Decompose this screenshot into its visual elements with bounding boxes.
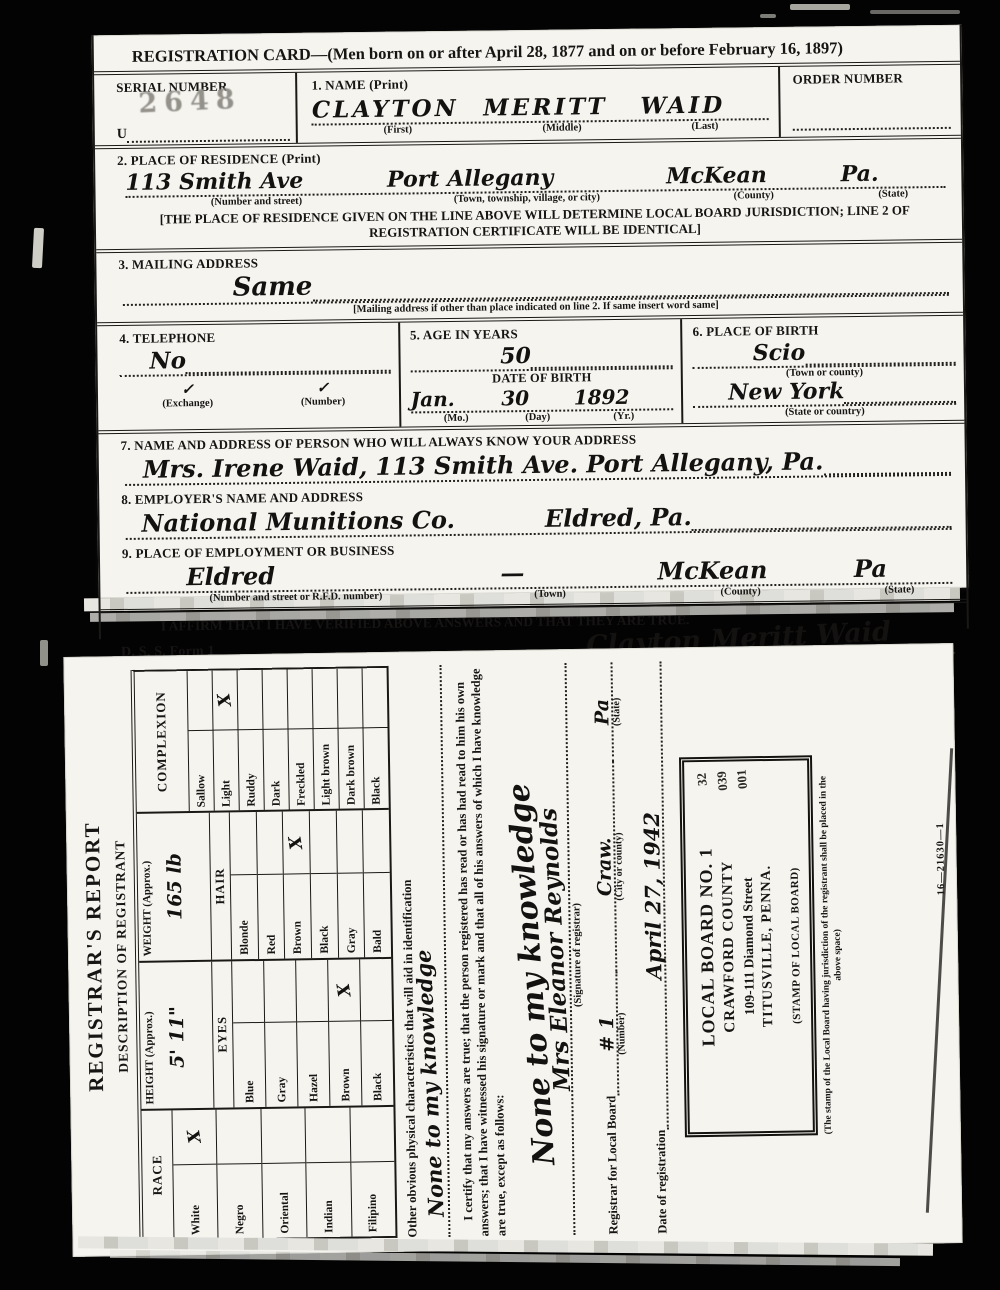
scan-speckle	[760, 14, 776, 18]
board-city-sub: (City or county)	[611, 761, 625, 972]
employment-county: McKean	[657, 554, 854, 585]
complexion-option-dark-brown: Dark brown	[337, 668, 364, 809]
residence-street: 113 Smith Ave	[125, 167, 387, 196]
board-state-segment: Pa (State)	[588, 662, 614, 761]
hair-option-red: Red	[256, 812, 285, 959]
residence-sub-town: (Town, township, village, or city)	[387, 191, 666, 205]
dob-year: 1892	[574, 384, 674, 409]
name-sub-last: (Last)	[641, 120, 770, 133]
description-subtitle: DESCRIPTION OF REGISTRANT	[109, 670, 134, 1242]
name-last: WAID	[640, 91, 769, 120]
dob-day: 30	[501, 386, 574, 411]
hair-option-blonde: Blonde	[229, 813, 258, 960]
residence-note: [THE PLACE OF RESIDENCE GIVEN ON THE LIN…	[138, 202, 932, 243]
race-check-mark: X	[183, 1129, 205, 1145]
local-board-stamp: LOCAL BOARD NO. 1 CRAWFORD COUNTY 109-11…	[678, 755, 817, 1137]
birth-state: New York	[728, 378, 844, 405]
employer-label: 8. EMPLOYER'S NAME AND ADDRESS	[121, 489, 363, 507]
stamp-instructions: (The stamp of the Local Board having jur…	[818, 775, 847, 1135]
serial-number-cell: SERIAL NUMBER 2648 U	[94, 73, 298, 145]
name-cell: 1. NAME (Print) CLAYTON MERITT WAID (Fir…	[297, 67, 781, 143]
board-city-value: Craw.	[592, 837, 615, 896]
employment-state: Pa	[854, 553, 953, 583]
mailing-value: Same	[233, 272, 313, 303]
stamp-city-state: TITUSVILLE, PENNA.	[756, 767, 778, 1125]
telephone-age-birth-row: 4. TELEPHONE No ✓ (Exchange) ✓ (Number)	[97, 316, 964, 435]
complexion-option-dark: Dark	[262, 670, 289, 811]
order-number-label: ORDER NUMBER	[792, 70, 903, 86]
dotted-line	[844, 401, 956, 404]
stamp-caption: (STAMP OF LOCAL BOARD)	[786, 766, 804, 1124]
stamp-code-3: 001	[731, 769, 753, 790]
eyes-check-mark: X	[333, 982, 355, 998]
order-number-cell: ORDER NUMBER	[780, 65, 960, 137]
date-of-registration-label: Date of registration	[653, 1130, 670, 1234]
board-number-segment: # 1 (Number)	[593, 972, 619, 1096]
residence-county: McKean	[666, 161, 841, 189]
birth-sub-state: (State or country)	[694, 405, 957, 419]
residence-sub-state: (State)	[841, 188, 946, 200]
hair-option-gray: Gray	[336, 811, 365, 958]
serial-prefix: U	[117, 127, 127, 143]
employment-street: Eldred	[126, 559, 501, 593]
residence-sub-county: (County)	[666, 189, 841, 202]
serial-name-order-row: SERIAL NUMBER 2648 U 1. NAME (Print) CLA…	[94, 65, 961, 150]
birth-cell: 6. PLACE OF BIRTH Scio (Town or county) …	[682, 316, 964, 423]
serial-prefix-line: U	[117, 125, 291, 143]
serial-number-stamp: 2648	[138, 84, 243, 120]
hair-option-brown: BrownX	[283, 812, 312, 959]
registration-card-back-area: REGISTRAR'S REPORT DESCRIPTION OF REGIST…	[60, 645, 965, 1255]
race-option-white: White X	[172, 1109, 218, 1239]
name-label: 1. NAME (Print)	[311, 76, 408, 92]
dotted-line	[793, 127, 951, 131]
hair-header: HAIR	[209, 813, 231, 959]
complexion-column: COMPLEXION Sallow LightX Ruddy Dark Frec…	[134, 668, 388, 814]
complexion-option-light: LightX	[212, 670, 239, 811]
number-checkmark: ✓	[255, 378, 391, 398]
complexion-light-check-cell: X	[212, 670, 237, 730]
stamp-code-1: 32	[691, 773, 713, 794]
residence-label: 2. PLACE OF RESIDENCE (Print)	[117, 151, 321, 168]
dotted-line	[127, 139, 290, 143]
height-cell: HEIGHT (Approx.) 5' 11"	[139, 961, 214, 1108]
telephone-value: No	[149, 347, 186, 374]
eyes-option-black: Black	[360, 959, 393, 1106]
dotted-line	[186, 370, 390, 374]
name-middle: MERITT	[483, 93, 640, 122]
dotted-line	[824, 472, 951, 476]
dotted-line	[692, 526, 952, 531]
weight-value: 165 lb	[163, 853, 186, 920]
registration-card-back: REGISTRAR'S REPORT DESCRIPTION OF REGIST…	[63, 643, 962, 1257]
residence-section: 2. PLACE OF RESIDENCE (Print) 113 Smith …	[95, 139, 962, 254]
local-board-label: Registrar for Local Board	[604, 1096, 621, 1235]
registration-card-front: REGISTRATION CARD—(Men born on or after …	[92, 25, 969, 599]
complexion-option-black: Black	[362, 668, 388, 809]
board-state-value: Pa	[590, 699, 612, 725]
local-board-line: Registrar for Local Board # 1 (Number) C…	[588, 662, 621, 1234]
telephone-label: 4. TELEPHONE	[119, 330, 215, 346]
race-option-indian: Indian	[305, 1107, 351, 1237]
race-option-oriental: Oriental	[261, 1108, 307, 1238]
birth-town: Scio	[753, 340, 806, 367]
date-of-registration-value: April 27, 1942	[638, 812, 666, 980]
weight-label: WEIGHT (Approx.)	[139, 818, 153, 956]
race-white-check-cell: X	[172, 1109, 216, 1165]
age-cell: 5. AGE IN YEARS 50 DATE OF BIRTH Jan. 30…	[400, 319, 684, 426]
name-sub-middle: (Middle)	[483, 122, 640, 135]
hair-option-black: Black	[309, 811, 338, 958]
stamp-code-2: 039	[711, 771, 733, 792]
complexion-check-mark: X	[214, 692, 236, 708]
scan-speckle	[40, 640, 48, 666]
mailing-label: 3. MAILING ADDRESS	[118, 256, 258, 273]
contact-value: Mrs. Irene Waid, 113 Smith Ave. Port All…	[143, 447, 824, 484]
complexion-option-sallow: Sallow	[187, 671, 214, 812]
height-eyes-column: HEIGHT (Approx.) 5' 11" EYES Blue Gray H…	[139, 959, 393, 1111]
exchange-checkmark: ✓	[120, 380, 256, 400]
telephone-cell: 4. TELEPHONE No ✓ (Exchange) ✓ (Number)	[97, 323, 401, 431]
mailing-section: 3. MAILING ADDRESS Same [Mailing address…	[96, 243, 963, 327]
weight-cell: WEIGHT (Approx.) 165 lb	[136, 813, 211, 960]
race-column: RACE White X Negro Oriental Indian	[141, 1107, 395, 1240]
hair-option-bald: Bald	[363, 810, 391, 957]
hair-brown-check-cell: X	[283, 812, 310, 875]
scan-speckle	[870, 10, 960, 14]
description-table: RACE White X Negro Oriental Indian	[130, 666, 397, 1242]
eyes-header: EYES	[212, 961, 234, 1107]
employment-town-dash: —	[500, 557, 657, 588]
height-label: HEIGHT (Approx.)	[142, 966, 156, 1104]
scanned-draft-card-page: REGISTRATION CARD—(Men born on or after …	[0, 0, 1000, 1290]
eyes-brown-check-cell: X	[328, 959, 360, 1022]
residence-sub-street: (Number and street)	[126, 195, 388, 209]
weight-hair-column: WEIGHT (Approx.) 165 lb HAIR Blonde Red …	[136, 810, 390, 962]
board-number-sub: (Number)	[615, 972, 628, 1096]
race-header: RACE	[141, 1110, 174, 1240]
complexion-option-ruddy: Ruddy	[237, 670, 264, 811]
dob-month: Jan.	[411, 387, 502, 412]
birth-label: 6. PLACE OF BIRTH	[692, 323, 818, 340]
eyes-option-brown: BrownX	[328, 959, 362, 1106]
scan-speckle	[32, 228, 44, 268]
board-number-value: # 1	[595, 1016, 618, 1052]
residence-town: Port Allegany	[387, 163, 666, 192]
dob-sub-month: (Mo.)	[411, 413, 502, 425]
employment-label: 9. PLACE OF EMPLOYMENT OR BUSINESS	[122, 543, 395, 561]
race-option-negro: Negro	[216, 1109, 262, 1239]
employment-section: 9. PLACE OF EMPLOYMENT OR BUSINESS Eldre…	[100, 532, 967, 614]
dob-sub-year: (Yr.)	[574, 410, 674, 422]
race-option-filipino: Filipino	[350, 1107, 395, 1237]
name-sub-first: (First)	[312, 124, 484, 137]
dotted-line	[805, 362, 955, 366]
dob-sub-day: (Day)	[501, 412, 574, 424]
board-state-sub: (State)	[610, 662, 623, 761]
complexion-option-light-brown: Light brown	[312, 669, 339, 810]
employer-name: National Munitions Co.	[141, 505, 455, 538]
age-label: 5. AGE IN YEARS	[410, 326, 518, 342]
eyes-option-blue: Blue	[232, 961, 266, 1108]
dotted-line	[531, 365, 673, 369]
telephone-sub-exchange: (Exchange)	[120, 398, 255, 411]
hair-check-mark: X	[285, 834, 307, 850]
employment-sub-state: (State)	[846, 584, 952, 596]
residence-state: Pa.	[841, 160, 946, 187]
telephone-sub-number: (Number)	[255, 396, 390, 409]
height-value: 5' 11"	[165, 1006, 188, 1068]
eyes-option-gray: Gray	[264, 960, 298, 1107]
employer-address: Eldred, Pa.	[545, 502, 692, 533]
registrars-report-title: REGISTRAR'S REPORT	[77, 670, 111, 1242]
complexion-header: COMPLEXION	[134, 671, 189, 812]
stamp-county: CRAWFORD COUNTY	[717, 767, 740, 1125]
eyes-option-hazel: Hazel	[296, 960, 330, 1107]
stamp-board-name: LOCAL BOARD NO. 1	[693, 768, 720, 1126]
board-city-segment: Craw. (City or county)	[589, 761, 616, 972]
stamp-street: 109-111 Diamond Street	[737, 767, 759, 1125]
other-characteristics-section: Other obvious physical characteristics t…	[396, 665, 450, 1238]
name-first: CLAYTON	[312, 95, 484, 124]
complexion-option-freckled: Freckled	[287, 669, 314, 810]
employment-sub-county: (County)	[635, 585, 847, 599]
scan-speckle	[790, 4, 850, 10]
employment-sub-town: (Town)	[465, 588, 635, 601]
age-value: 50	[500, 343, 531, 369]
date-of-registration-line: Date of registration April 27, 1942	[634, 662, 670, 1234]
date-of-registration-segment: April 27, 1942	[634, 662, 668, 1130]
